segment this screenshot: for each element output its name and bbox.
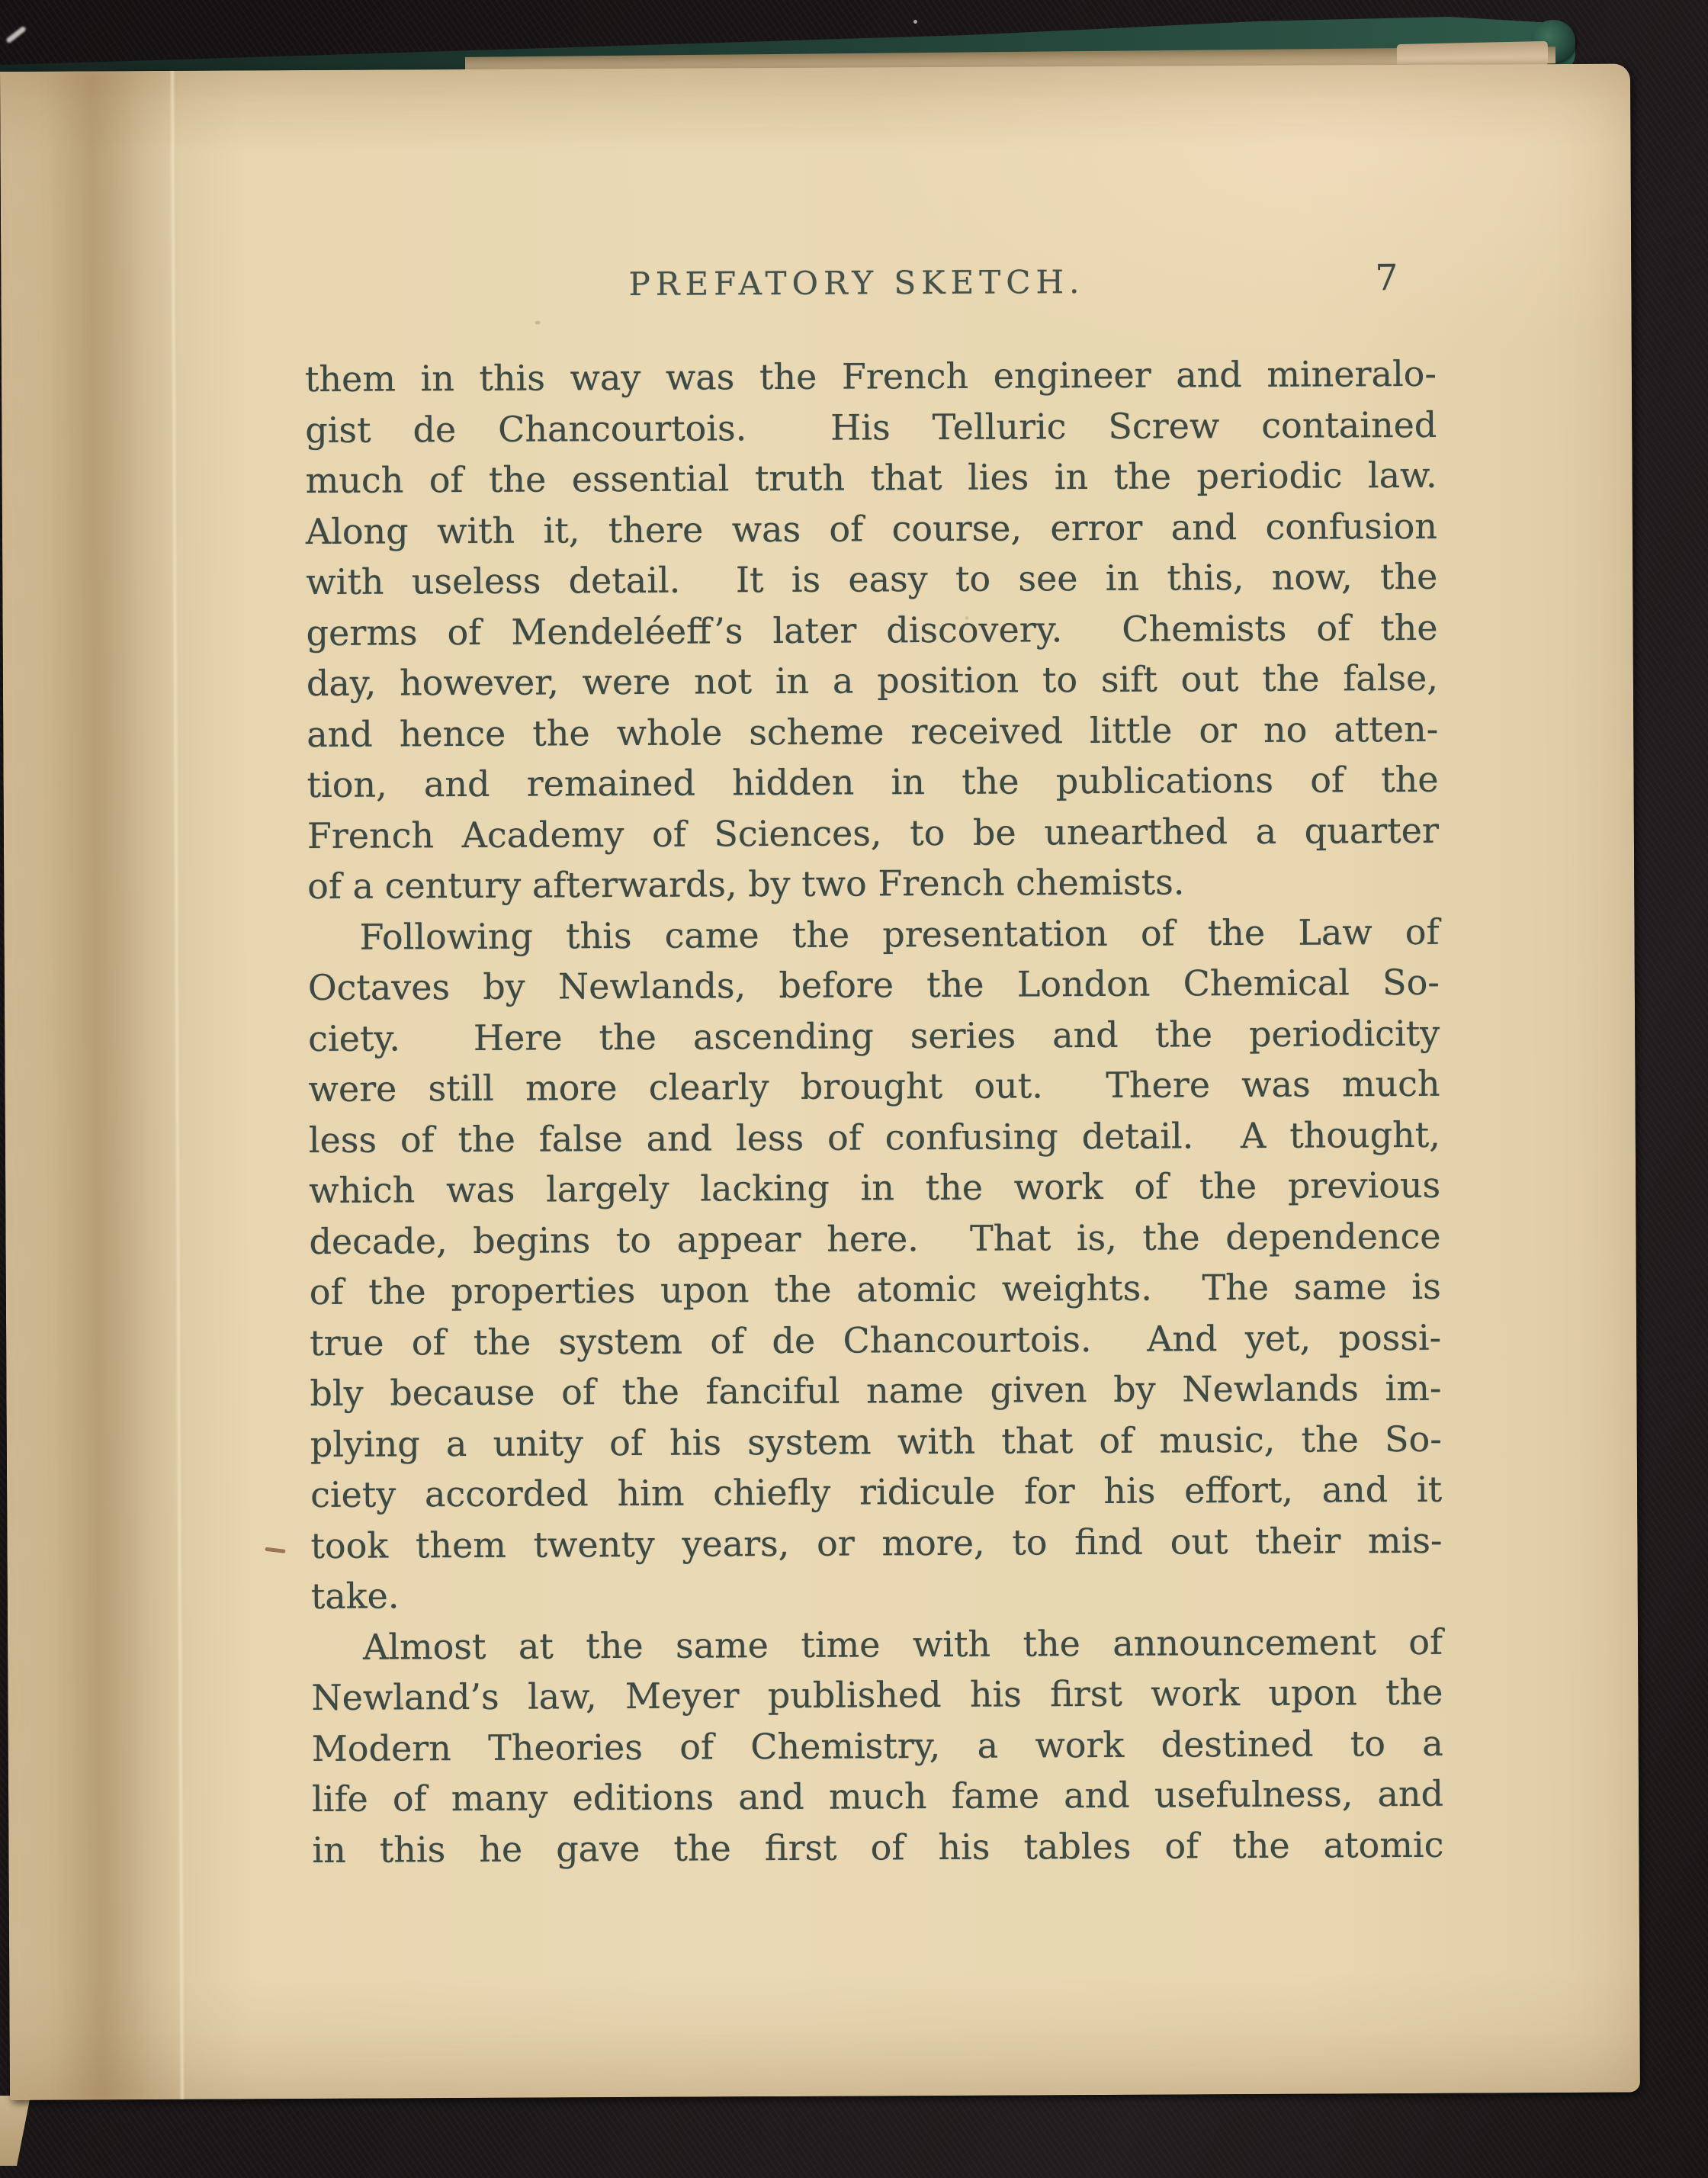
text-line: Modern Theories of Chemistry, a work des… — [312, 1717, 1443, 1774]
text-line: ciety accorded him chiefly ridicule for … — [310, 1464, 1442, 1521]
text-line: take. — [311, 1566, 1443, 1622]
gutter-shadow — [44, 71, 146, 2100]
text-line: true of the system of de Chancourtois. A… — [310, 1312, 1441, 1368]
text-line: Newland’s law, Meyer published his first… — [311, 1667, 1443, 1723]
text-line: French Academy of Sciences, to be uneart… — [307, 805, 1439, 861]
scratch-mark — [5, 26, 27, 44]
text-line: of the properties upon the atomic weight… — [310, 1261, 1441, 1318]
text-line: Following this came the presentation of … — [307, 906, 1439, 962]
text-line: in this he gave the first of his tables … — [312, 1819, 1443, 1875]
body-lines: them in this way was the French engineer… — [305, 349, 1444, 1875]
page-number: 7 — [1375, 257, 1398, 299]
chapter-title: PREFATORY SKETCH. — [628, 263, 1084, 303]
text-line: took them twenty years, or more, to find… — [310, 1515, 1442, 1571]
margin-pencil-mark — [265, 1547, 285, 1553]
text-line: and hence the whole scheme received litt… — [307, 703, 1438, 760]
bottom-cover-sliver — [0, 2096, 30, 2166]
text-line: germs of Mendeléeff’s later discovery. C… — [306, 602, 1437, 658]
text-line: day, however, were not in a position to … — [307, 653, 1438, 709]
running-head: PREFATORY SKETCH. 7 — [304, 255, 1436, 317]
text-line: with useless detail. It is easy to see i… — [306, 551, 1437, 608]
text-line: much of the essential truth that lies in… — [305, 450, 1437, 506]
book-page: PREFATORY SKETCH. 7 them in this way was… — [0, 64, 1640, 2100]
foxing-speck — [535, 321, 541, 325]
text-line: gist de Chancourtois. His Telluric Screw… — [305, 399, 1437, 455]
text-line: Along with it, there was of course, erro… — [306, 500, 1437, 557]
text-line: which was largely lacking in the work of… — [309, 1160, 1440, 1216]
photo-of-book-page: PREFATORY SKETCH. 7 them in this way was… — [0, 0, 1708, 2178]
text-line: were still more clearly brought out. The… — [308, 1058, 1440, 1115]
text-line: life of many editions and much fame and … — [312, 1768, 1443, 1825]
dust-speck — [913, 20, 917, 24]
text-line: tion, and remained hidden in the publica… — [307, 754, 1438, 811]
text-line: decade, begins to appear here. That is, … — [309, 1210, 1440, 1267]
text-line: ciety. Here the ascending series and the… — [308, 1007, 1440, 1064]
text-line: bly because of the fanciful name given b… — [310, 1363, 1441, 1419]
text-line: Octaves by Newlands, before the London C… — [308, 957, 1440, 1014]
text-line: them in this way was the French engineer… — [305, 349, 1437, 405]
text-line: of a century afterwards, by two French c… — [307, 856, 1439, 912]
page-crease — [169, 71, 185, 2099]
text-line: Almost at the same time with the announc… — [311, 1616, 1443, 1672]
text-line: plying a unity of his system with that o… — [310, 1413, 1442, 1470]
text-line: less of the false and less of confusing … — [309, 1109, 1440, 1165]
